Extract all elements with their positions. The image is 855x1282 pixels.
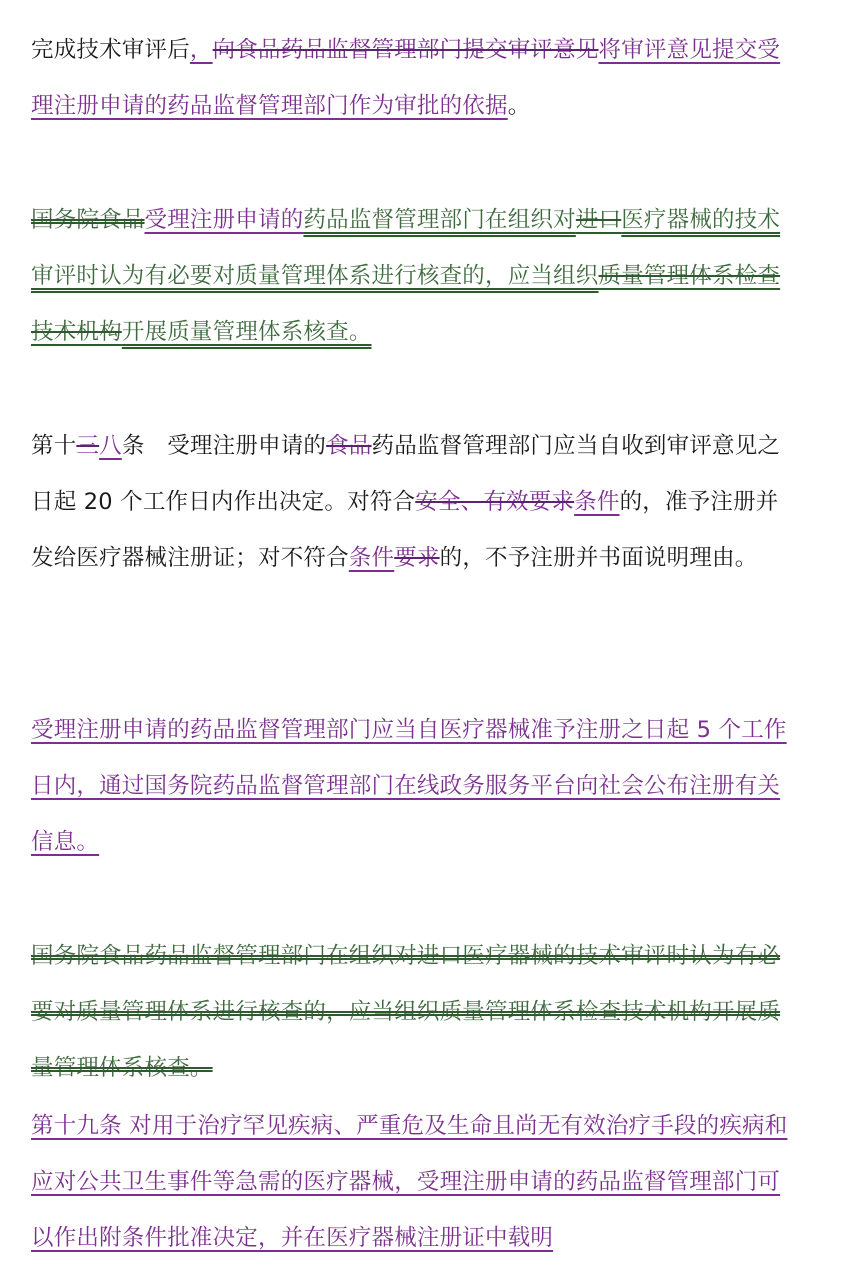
paragraph-article-19: 第十九条 对用于治疗罕见疾病、严重危及生命且尚无有效治疗手段的疾病和应对公共卫生… bbox=[31, 1098, 791, 1266]
inserted-text: 受理注册申请的 bbox=[145, 207, 304, 233]
paragraph-article-18: 第十三八条 受理注册申请的食品药品监督管理部门应当自收到审评意见之日起 20 个… bbox=[31, 418, 791, 586]
text-normal: 。 bbox=[508, 93, 531, 119]
moved-inserted-text: 开展质量管理体系核查。 bbox=[122, 319, 372, 345]
deleted-text: 向食品药品监督管理部门提交审评意见 bbox=[213, 37, 599, 63]
inserted-text: 条件 bbox=[574, 489, 619, 515]
inserted-text: ， bbox=[190, 37, 213, 63]
paragraph-quality-system-check-deleted: 国务院食品药品监督管理部门在组织对进口医疗器械的技术审评时认为有必要对质量管理体… bbox=[31, 928, 791, 1096]
moved-inserted-text: 药品监督管理部门在组织对 bbox=[303, 207, 575, 233]
inserted-text: 条件 bbox=[349, 545, 394, 571]
text-normal: 的，不予注册并书面说明理由。 bbox=[440, 545, 758, 571]
deleted-text: 三 bbox=[76, 433, 99, 459]
deleted-text: 安全、有效要求 bbox=[415, 489, 574, 515]
text-normal: 完成技术审评后 bbox=[31, 37, 190, 63]
moved-deleted-text: 进口 bbox=[576, 207, 621, 233]
article-number-prefix: 第十 bbox=[31, 433, 76, 459]
moved-deleted-text: 国务院食品药品监督管理部门在组织对进口医疗器械的技术审评时认为有必要对质量管理体… bbox=[31, 943, 780, 1081]
deleted-text: 要求 bbox=[394, 545, 439, 571]
paragraph-publish-registration-info: 受理注册申请的药品监督管理部门应当自医疗器械准予注册之日起 5 个工作日内，通过… bbox=[31, 702, 791, 870]
inserted-text: 八 bbox=[99, 433, 122, 459]
inserted-text: 受理注册申请的药品监督管理部门应当自医疗器械准予注册之日起 5 个工作日内，通过… bbox=[31, 717, 787, 855]
inserted-text: 第十九条 对用于治疗罕见疾病、严重危及生命且尚无有效治疗手段的疾病和应对公共卫生… bbox=[31, 1113, 787, 1251]
paragraph-review-opinion: 完成技术审评后，向食品药品监督管理部门提交审评意见将审评意见提交受理注册申请的药… bbox=[31, 22, 791, 134]
text-normal: 条 受理注册申请的 bbox=[122, 433, 326, 459]
paragraph-quality-system-check-moved: 国务院食品受理注册申请的药品监督管理部门在组织对进口医疗器械的技术审评时认为有必… bbox=[31, 192, 791, 360]
deleted-text: 食品 bbox=[326, 433, 371, 459]
moved-deleted-text: 国务院食品 bbox=[31, 207, 145, 233]
